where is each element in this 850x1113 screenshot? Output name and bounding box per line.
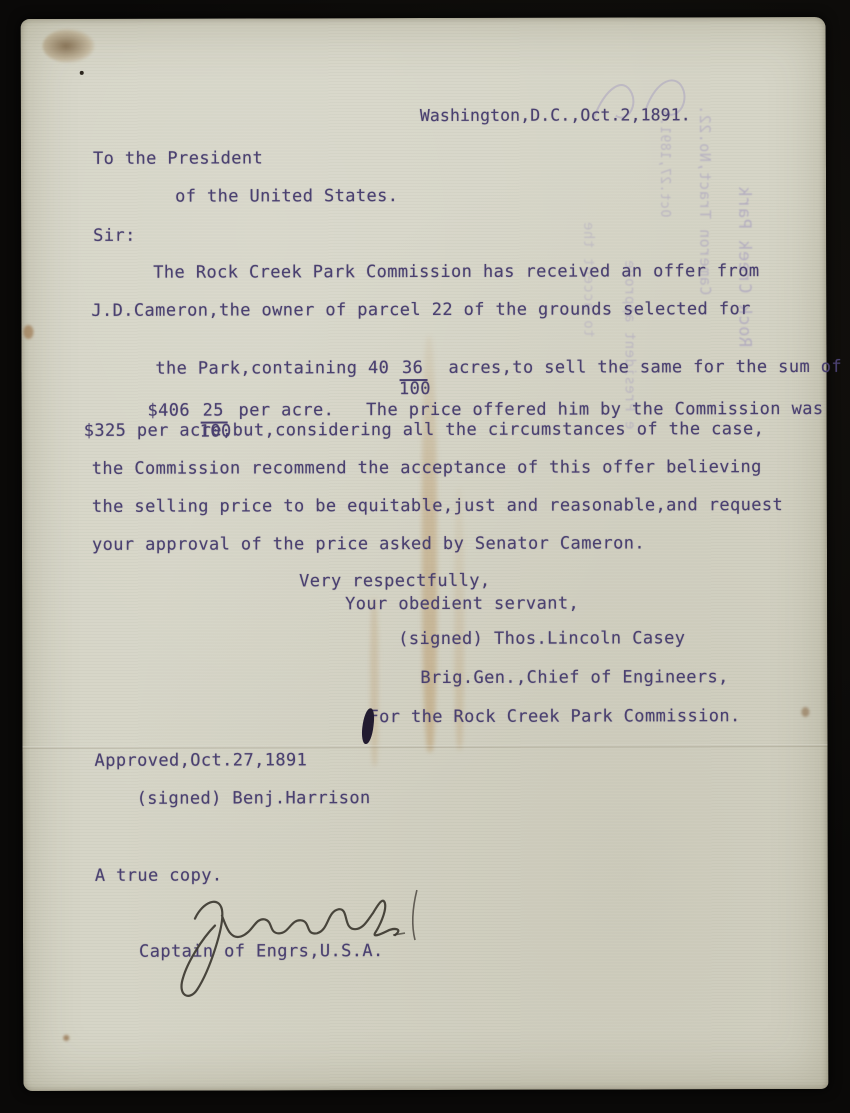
stain bbox=[63, 1035, 69, 1041]
stain bbox=[23, 325, 33, 339]
signer-organization: For the Rock Creek Park Commission. bbox=[368, 706, 740, 727]
body-line: The Rock Creek Park Commission has recei… bbox=[153, 261, 759, 283]
bleedthrough-scribble bbox=[586, 57, 696, 137]
signer-title: Brig.Gen.,Chief of Engineers, bbox=[420, 667, 728, 688]
stain-speck bbox=[80, 71, 84, 75]
body-line: your approval of the price asked by Sena… bbox=[92, 533, 645, 554]
price-fraction: 25100 bbox=[201, 401, 228, 421]
salutation: Sir: bbox=[93, 226, 136, 246]
fold-crease bbox=[23, 744, 828, 749]
acres-fraction: 36100 bbox=[400, 358, 427, 378]
recipient-line: of the United States. bbox=[175, 186, 398, 207]
recipient-line: To the President bbox=[93, 148, 263, 168]
body-line: the selling price to be equitable,just a… bbox=[92, 495, 783, 517]
scan-background: Rock Creek Park Cameron Tract,No.22. Oct… bbox=[0, 0, 850, 1113]
body-text: per acre. The price offered him by the C… bbox=[228, 399, 824, 421]
body-line: J.D.Cameron,the owner of parcel 22 of th… bbox=[91, 299, 750, 321]
body-text: $406 bbox=[147, 401, 200, 421]
closing-line: Your obedient servant, bbox=[345, 594, 579, 615]
body-text: acres,to sell the same for the sum of bbox=[427, 357, 842, 378]
signed-name: (signed) Thos.Lincoln Casey bbox=[398, 628, 685, 649]
body-line: $325 per acre,but,considering all the ci… bbox=[84, 419, 765, 441]
stain bbox=[801, 707, 809, 717]
closing-line: Very respectfully, bbox=[299, 571, 490, 592]
body-line: the Commission recommend the acceptance … bbox=[92, 457, 762, 479]
dateline: Washington,D.C.,Oct.2,1891. bbox=[420, 105, 691, 125]
handwritten-signature bbox=[143, 873, 403, 1004]
approval-signed: (signed) Benj.Harrison bbox=[137, 788, 371, 809]
stain bbox=[43, 29, 95, 63]
approval-line: Approved,Oct.27,1891 bbox=[95, 750, 308, 771]
body-text: the Park,containing 40 bbox=[155, 358, 400, 379]
fraction-numerator: 36 bbox=[400, 358, 427, 381]
letter-page: Rock Creek Park Cameron Tract,No.22. Oct… bbox=[21, 17, 829, 1091]
pen-mark bbox=[403, 886, 427, 946]
water-stain bbox=[370, 598, 378, 766]
